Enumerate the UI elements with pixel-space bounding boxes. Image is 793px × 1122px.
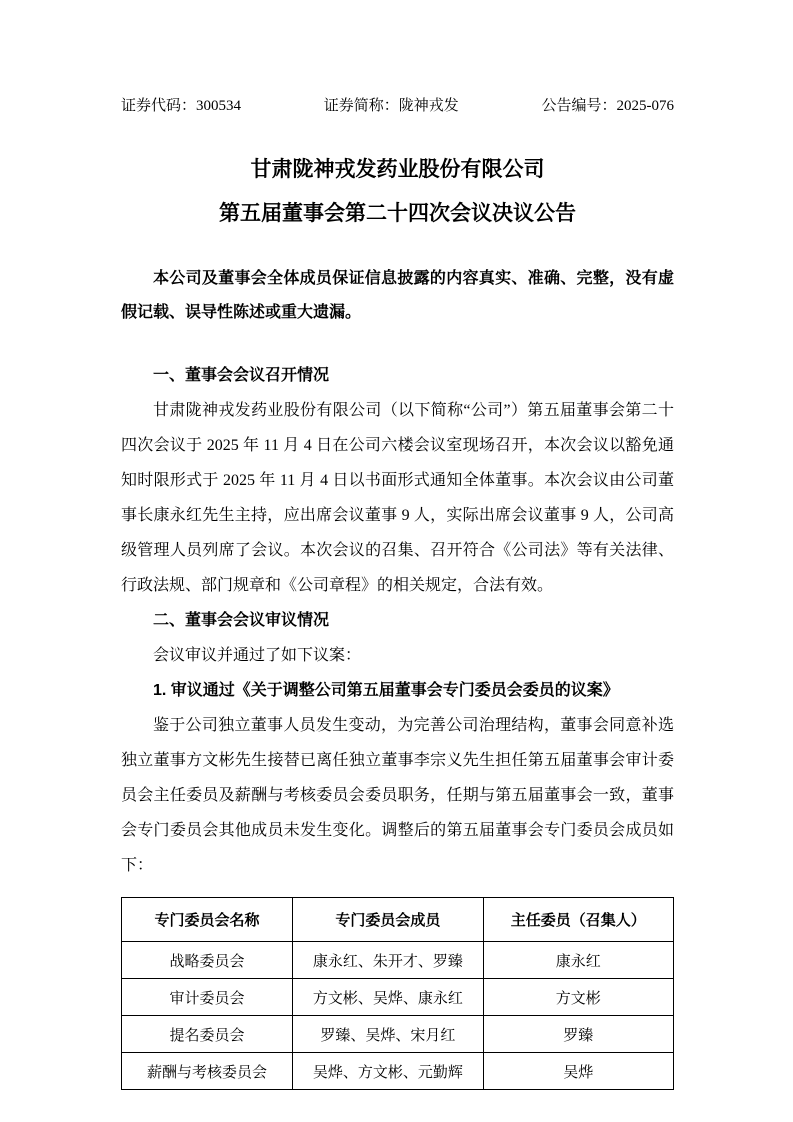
committee-members-cell: 吴烨、方文彬、元勤辉 (293, 1053, 483, 1090)
committee-name-cell: 战略委员会 (122, 942, 293, 979)
table-row: 战略委员会 康永红、朱开才、罗臻 康永红 (122, 942, 674, 979)
document-title: 甘肃陇神戎发药业股份有限公司 第五届董事会第二十四次会议决议公告 (121, 156, 674, 228)
table-row: 提名委员会 罗臻、吴烨、宋月红 罗臻 (122, 1016, 674, 1053)
committee-chair-cell: 吴烨 (483, 1053, 673, 1090)
col-header-committee-name: 专门委员会名称 (122, 898, 293, 942)
stock-abbr: 证券简称：陇神戎发 (324, 96, 459, 116)
section-2-heading: 二、董事会会议审议情况 (121, 603, 674, 638)
section-1-paragraph: 甘肃陇神戎发药业股份有限公司（以下简称“公司”）第五届董事会第二十四次会议于 2… (121, 393, 674, 603)
committee-members-cell: 罗臻、吴烨、宋月红 (293, 1016, 483, 1053)
col-header-committee-chair: 主任委员（召集人） (483, 898, 673, 942)
company-name-title: 甘肃陇神戎发药业股份有限公司 (121, 156, 674, 184)
document-page: 证券代码：300534 证券简称：陇神戎发 公告编号：2025-076 甘肃陇神… (0, 0, 793, 1122)
committee-chair-cell: 方文彬 (483, 979, 673, 1016)
document-header: 证券代码：300534 证券简称：陇神戎发 公告编号：2025-076 (121, 96, 674, 116)
resolutions-intro: 会议审议并通过了如下议案： (121, 638, 674, 673)
stock-code: 证券代码：300534 (121, 96, 241, 116)
resolution-1-paragraph: 鉴于公司独立董事人员发生变动，为完善公司治理结构，董事会同意补选独立董事方文彬先… (121, 708, 674, 883)
committee-members-cell: 康永红、朱开才、罗臻 (293, 942, 483, 979)
committees-table: 专门委员会名称 专门委员会成员 主任委员（召集人） 战略委员会 康永红、朱开才、… (121, 897, 674, 1090)
table-header-row: 专门委员会名称 专门委员会成员 主任委员（召集人） (122, 898, 674, 942)
committee-chair-cell: 康永红 (483, 942, 673, 979)
announcement-number: 公告编号：2025-076 (542, 96, 675, 116)
resolution-1-heading: 1. 审议通过《关于调整公司第五届董事会专门委员会委员的议案》 (121, 673, 674, 708)
col-header-committee-members: 专门委员会成员 (293, 898, 483, 942)
committee-members-cell: 方文彬、吴烨、康永红 (293, 979, 483, 1016)
disclaimer-statement: 本公司及董事会全体成员保证信息披露的内容真实、准确、完整，没有虚假记载、误导性陈… (121, 262, 674, 330)
section-1-heading: 一、董事会会议召开情况 (121, 358, 674, 393)
committee-chair-cell: 罗臻 (483, 1016, 673, 1053)
announcement-title: 第五届董事会第二十四次会议决议公告 (121, 200, 674, 228)
table-row: 薪酬与考核委员会 吴烨、方文彬、元勤辉 吴烨 (122, 1053, 674, 1090)
committee-name-cell: 薪酬与考核委员会 (122, 1053, 293, 1090)
table-row: 审计委员会 方文彬、吴烨、康永红 方文彬 (122, 979, 674, 1016)
committee-name-cell: 提名委员会 (122, 1016, 293, 1053)
committee-name-cell: 审计委员会 (122, 979, 293, 1016)
